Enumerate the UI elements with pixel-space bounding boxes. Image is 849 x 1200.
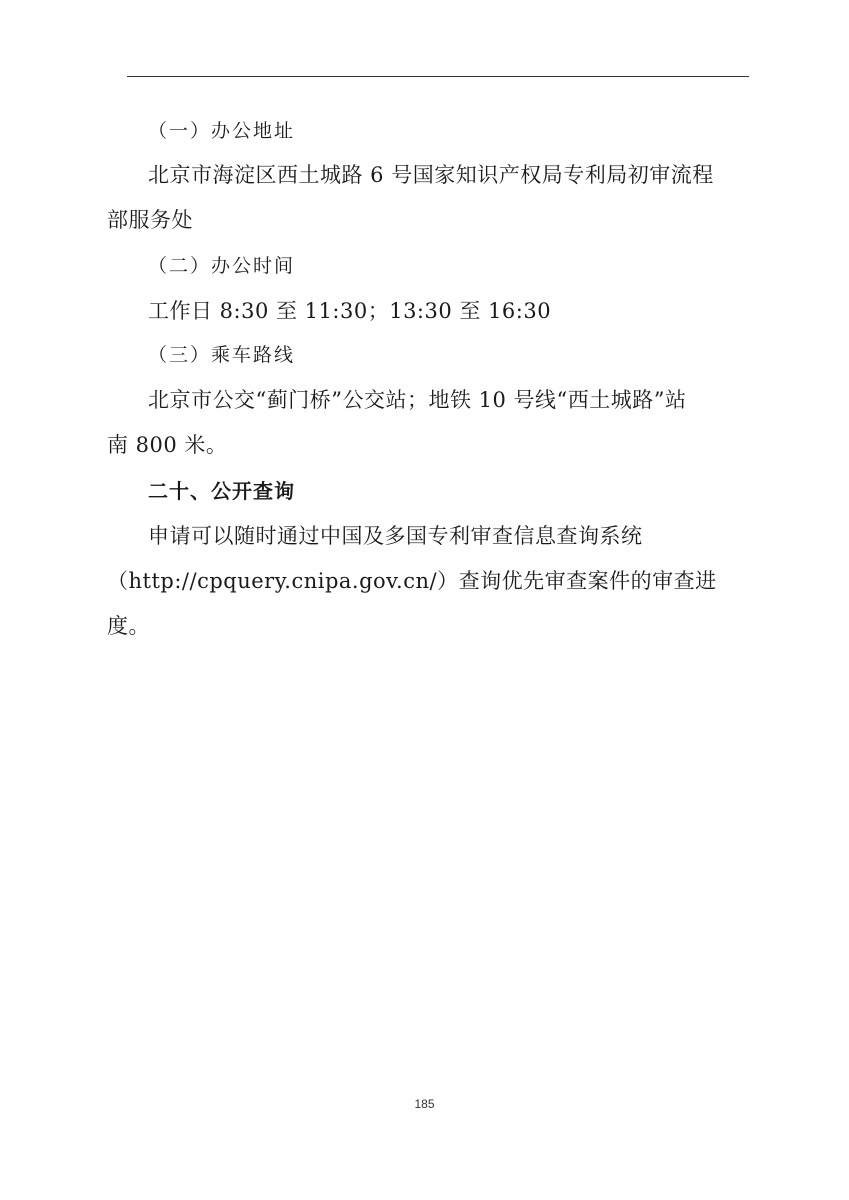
paragraph-line-url: （http://cpquery.cnipa.gov.cn/）查询优先审查案件的审… xyxy=(107,567,717,595)
section-heading-office-address: （一）办公地址 xyxy=(148,117,295,145)
section-heading-transit-route: （三）乘车路线 xyxy=(148,341,295,369)
paragraph-line: 北京市公交“蓟门桥”公交站；地铁 10 号线“西土城路”站 xyxy=(148,386,687,414)
chapter-heading-public-query: 二十、公开查询 xyxy=(148,477,295,505)
page-number: 185 xyxy=(0,1097,849,1111)
header-rule xyxy=(127,76,749,77)
paragraph-line: 工作日 8:30 至 11:30；13:30 至 16:30 xyxy=(148,297,551,325)
paragraph-line: 度。 xyxy=(107,612,150,640)
paragraph-line: 南 800 米。 xyxy=(107,431,227,459)
paragraph-line: 部服务处 xyxy=(107,206,193,234)
paragraph-line: 申请可以随时通过中国及多国专利审查信息查询系统 xyxy=(148,522,643,550)
section-heading-office-hours: （二）办公时间 xyxy=(148,252,295,280)
paragraph-line: 北京市海淀区西土城路 6 号国家知识产权局专利局初审流程 xyxy=(148,161,714,189)
